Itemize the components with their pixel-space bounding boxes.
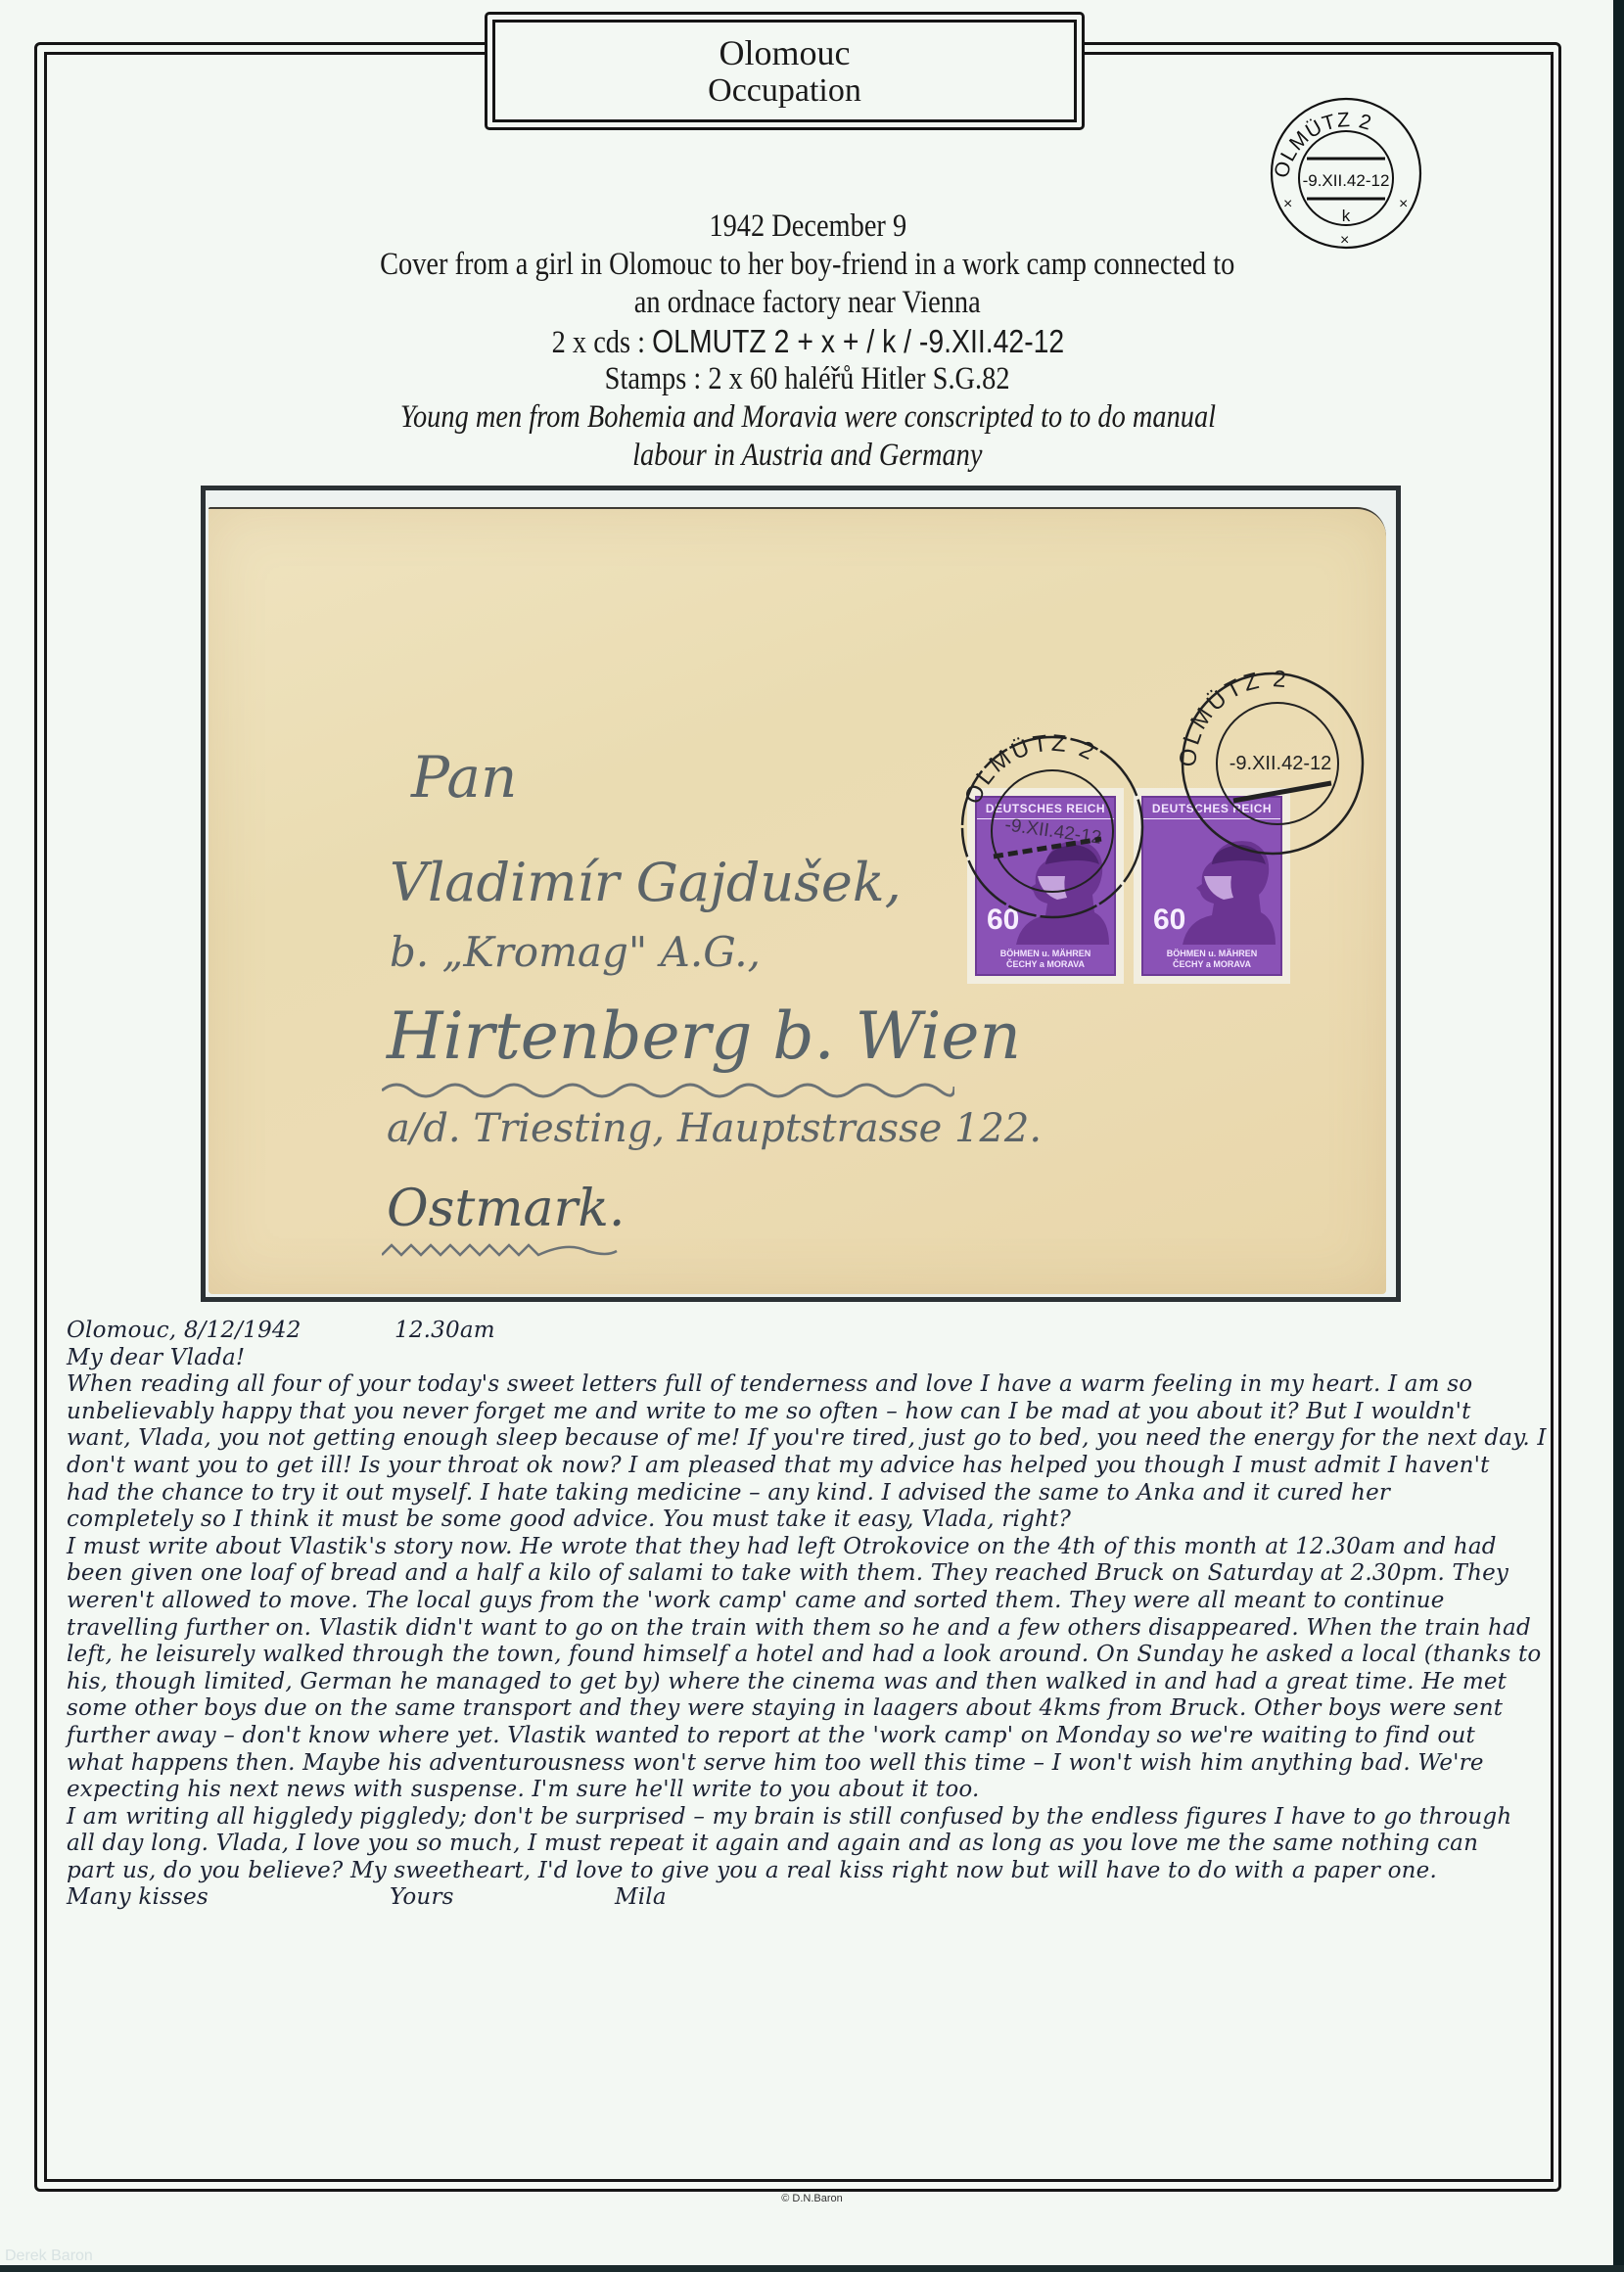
letter-line: completely so I think it must be some go… xyxy=(67,1507,1535,1534)
scan-edge-right xyxy=(1613,0,1624,2272)
cover-description: 1942 December 9 Cover from a girl in Olo… xyxy=(196,208,1419,475)
letter-line: part us, do you believe? My sweetheart, … xyxy=(67,1858,1535,1885)
letter-line: what happens then. Maybe his adventurous… xyxy=(67,1750,1535,1778)
letter-signature: Mila xyxy=(615,1884,667,1912)
letter-place-date: Olomouc, 8/12/1942 xyxy=(67,1318,302,1345)
letter-line: I must write about Vlastik's story now. … xyxy=(67,1534,1535,1561)
letter-time: 12.30am xyxy=(394,1318,495,1345)
letter-line: My dear Vlada! xyxy=(67,1345,1535,1372)
cover-summary-line1: Cover from a girl in Olomouc to her boy-… xyxy=(380,246,1234,284)
cds-value: OLMUTZ 2 + x + / k / -9.XII.42-12 xyxy=(652,323,1064,359)
letter-line: want, Vlada, you not getting enough slee… xyxy=(67,1425,1535,1453)
letter-line: some other boys due on the same transpor… xyxy=(67,1695,1535,1723)
letter-yours: Yours xyxy=(390,1884,454,1912)
postmark-office: OLMÜTZ 2 xyxy=(1270,109,1374,180)
cover-summary-line2: an ordnace factory near Vienna xyxy=(634,284,981,322)
stamp-1-inscription-de: BÖHMEN u. MÄHREN xyxy=(977,949,1114,959)
cover-postmark-2-date: -9.XII.42-12 xyxy=(1230,753,1332,774)
address-salutation: Pan xyxy=(411,744,517,811)
address-street: a/d. Triesting, Hauptstrasse 122. xyxy=(387,1106,1042,1151)
letter-line: left, he leisurely walked through the to… xyxy=(67,1642,1535,1669)
letter-line: expecting his next news with suspense. I… xyxy=(67,1777,1535,1804)
letter-line: unbelievably happy that you never forget… xyxy=(67,1399,1535,1426)
letter-line: further away – don't know where yet. Vla… xyxy=(67,1723,1535,1750)
stamp-2-inscription-cz: ČECHY a MORAVA xyxy=(1143,959,1280,970)
cover-date: 1942 December 9 xyxy=(709,208,906,246)
cover-postmark-1: OLMÜTZ 2 -9.XII.42-12 xyxy=(954,729,1150,925)
address-underline xyxy=(382,1077,954,1102)
letter-line: all day long. Vlada, I love you so much,… xyxy=(67,1831,1535,1858)
watermark: Derek Baron xyxy=(5,2248,93,2265)
page-title: Olomouc xyxy=(719,33,851,72)
cover-postmark-2: OLMÜTZ 2 -9.XII.42-12 xyxy=(1175,666,1370,861)
letter-line: When reading all four of your today's sw… xyxy=(67,1371,1535,1399)
letter-heading: Olomouc, 8/12/1942 12.30am xyxy=(67,1318,1535,1345)
address-name: Vladimír Gajdušek, xyxy=(390,852,902,913)
letter-signoff: Many kisses Yours Mila xyxy=(67,1884,1535,1912)
scan-edge-bottom xyxy=(0,2265,1624,2272)
letter-line: had the chance to try it out myself. I h… xyxy=(67,1480,1535,1507)
svg-text:OLMÜTZ 2: OLMÜTZ 2 xyxy=(1270,109,1374,180)
postmark-date: -9.XII.42-12 xyxy=(1303,171,1390,190)
historical-note-line1: Young men from Bohemia and Moravia were … xyxy=(399,398,1215,437)
letter-line: his, though limited, German he managed t… xyxy=(67,1669,1535,1696)
letter-line: I am writing all higgledy piggledy; don'… xyxy=(67,1804,1535,1832)
letter-line: weren't allowed to move. The local guys … xyxy=(67,1588,1535,1615)
cover-postmark-1-office: OLMÜTZ 2 xyxy=(959,730,1100,809)
copyright-notice: © D.N.Baron xyxy=(0,2193,1624,2204)
letter-line: don't want you to get ill! Is your throa… xyxy=(67,1453,1535,1480)
letter-line: travelling further on. Vlastik didn't wa… xyxy=(67,1615,1535,1643)
stamp-2-inscription-de: BÖHMEN u. MÄHREN xyxy=(1143,949,1280,959)
address-country: Ostmark. xyxy=(387,1180,625,1238)
address-firm: b. „Kromag" A.G., xyxy=(390,928,761,976)
svg-text:OLMÜTZ 2: OLMÜTZ 2 xyxy=(959,730,1100,809)
historical-note-line2: labour in Austria and Germany xyxy=(632,437,982,475)
country-underline xyxy=(382,1241,636,1261)
letter-closing: Many kisses xyxy=(67,1884,209,1912)
stamp-2-value: 60 xyxy=(1153,904,1185,937)
letter-transcript: Olomouc, 8/12/1942 12.30am My dear Vlada… xyxy=(67,1318,1535,1912)
stamp-1-inscription-cz: ČECHY a MORAVA xyxy=(977,959,1114,970)
cds-label: 2 x cds : xyxy=(551,325,651,360)
title-box: Olomouc Occupation xyxy=(492,20,1077,122)
address-town: Hirtenberg b. Wien xyxy=(387,998,1021,1074)
stamps-description: Stamps : 2 x 60 haléřů Hitler S.G.82 xyxy=(605,360,1010,398)
page-subtitle: Occupation xyxy=(708,72,861,110)
letter-line: been given one loaf of bread and a half … xyxy=(67,1560,1535,1588)
